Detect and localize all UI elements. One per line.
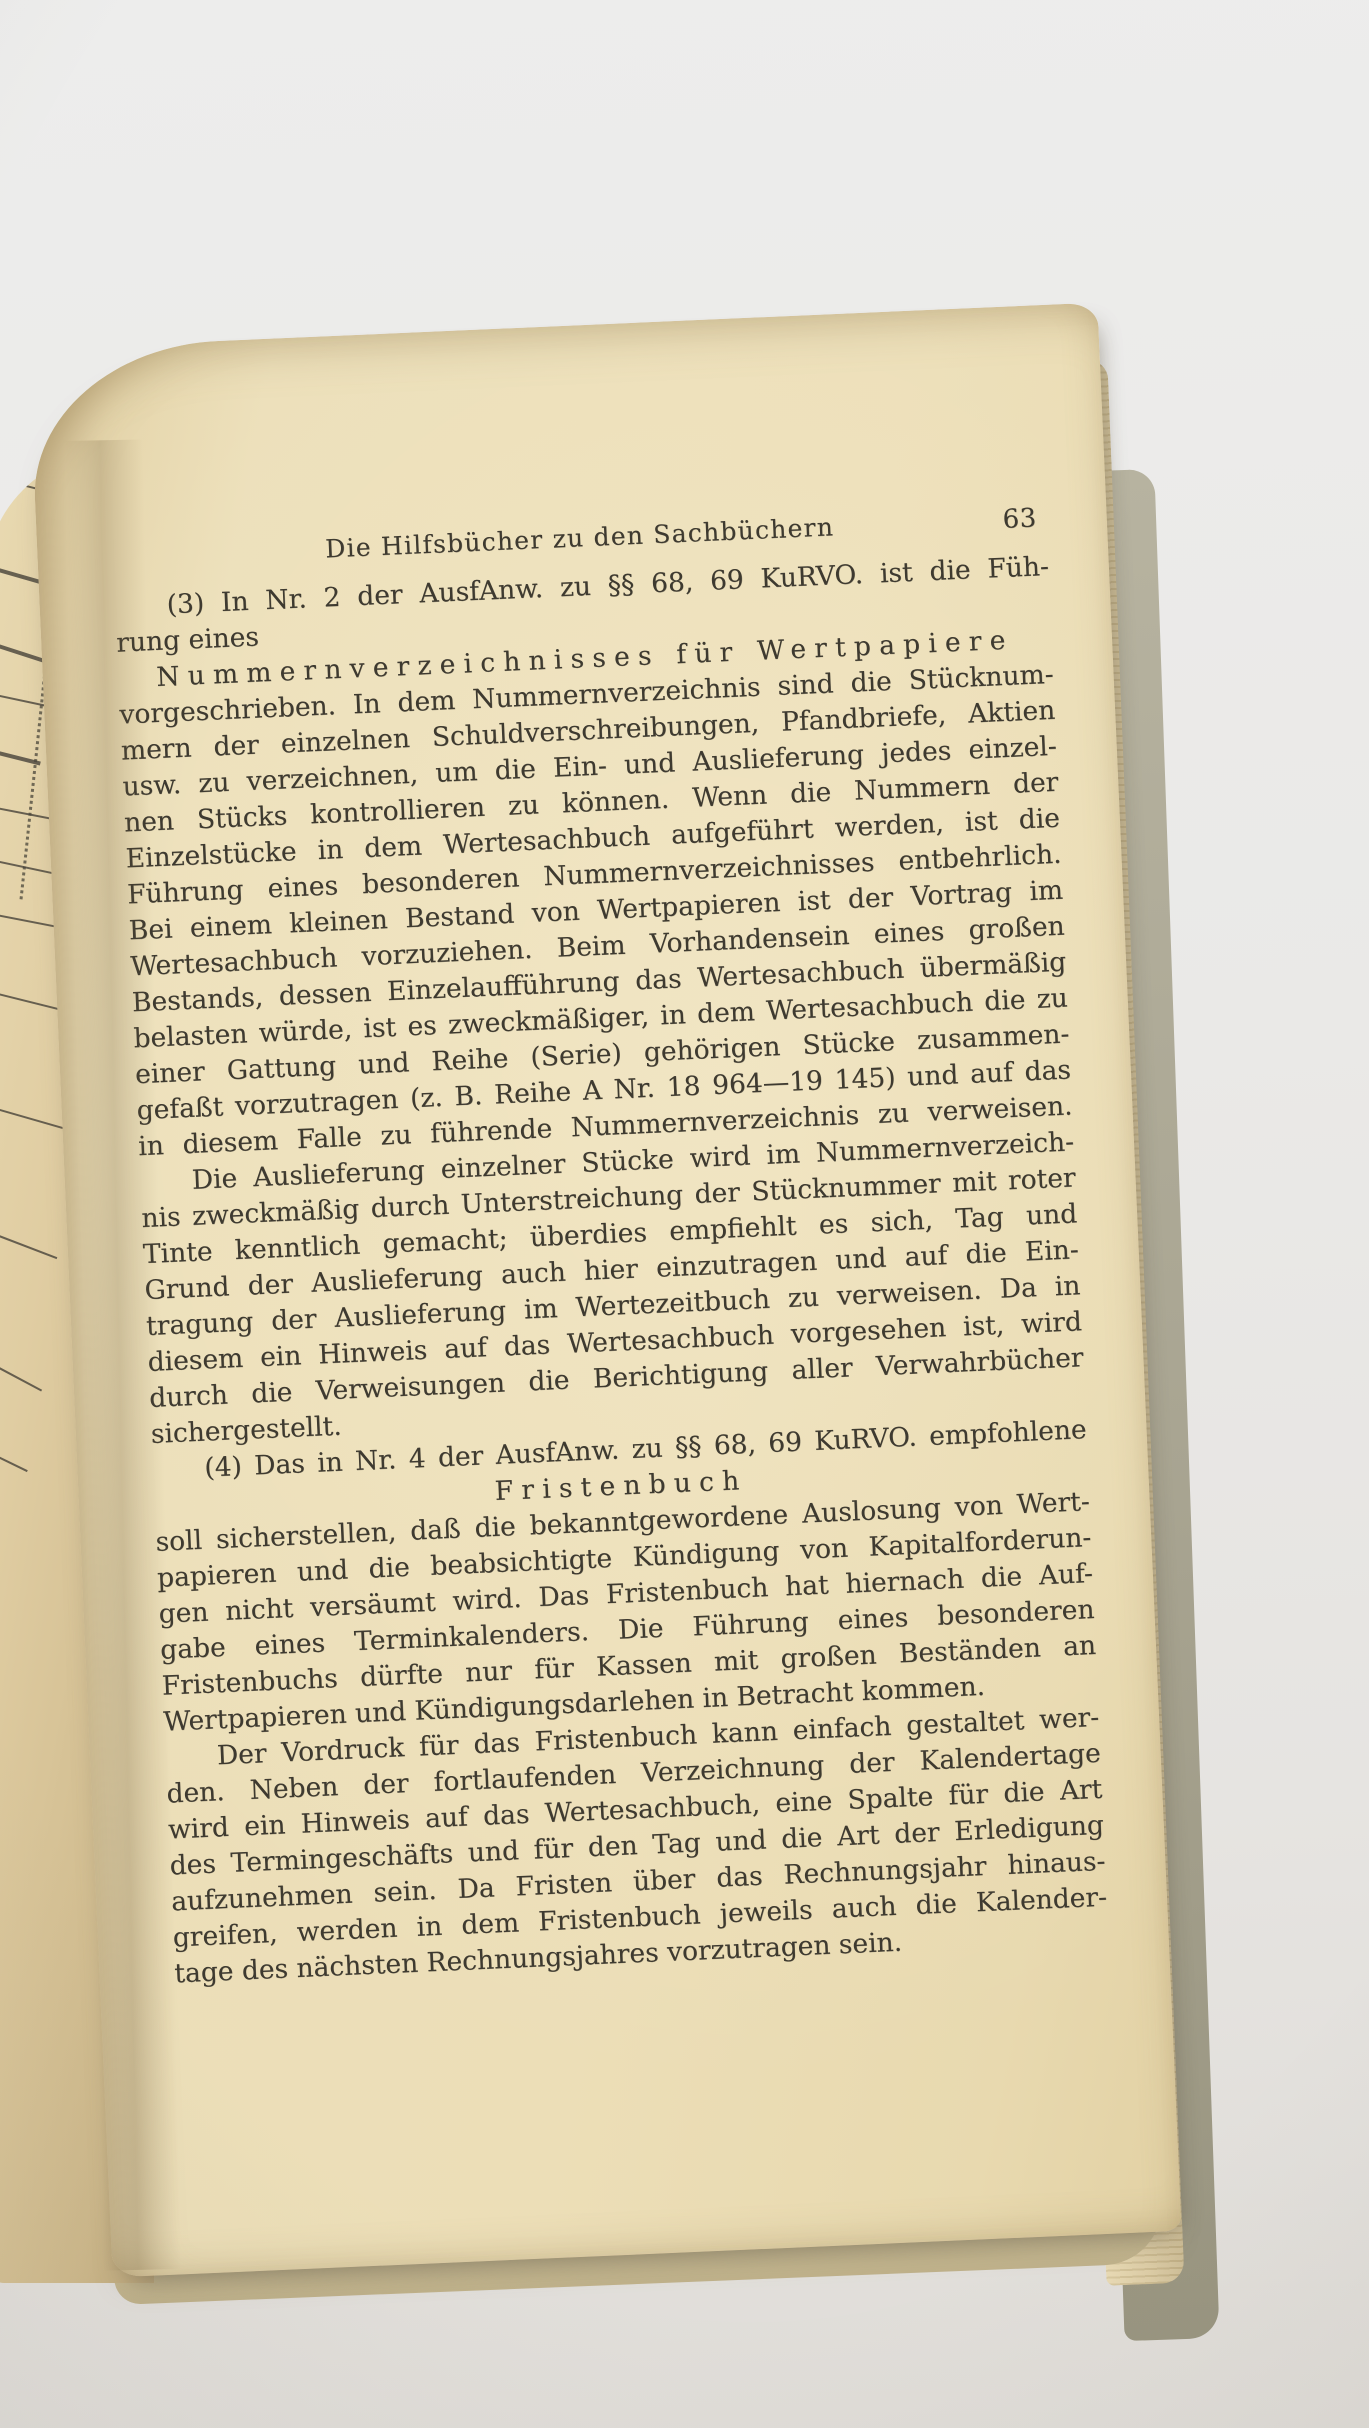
book-page: Die Hilfsbücher zu den Sachbüchern 63 (3… bbox=[28, 303, 1181, 2278]
photo-background: Die Hilfsbücher zu den Sachbüchern 63 (3… bbox=[0, 0, 1369, 2428]
running-header-title: Die Hilfsbücher zu den Sachbüchern bbox=[325, 512, 835, 563]
table-rule-line bbox=[0, 1450, 28, 1472]
table-rule-line bbox=[0, 640, 46, 663]
table-rule-line bbox=[0, 1230, 57, 1259]
page-text: Die Hilfsbücher zu den Sachbüchern 63 (3… bbox=[112, 500, 1109, 1992]
table-rule-line bbox=[0, 1360, 42, 1391]
page-number: 63 bbox=[1002, 500, 1038, 537]
